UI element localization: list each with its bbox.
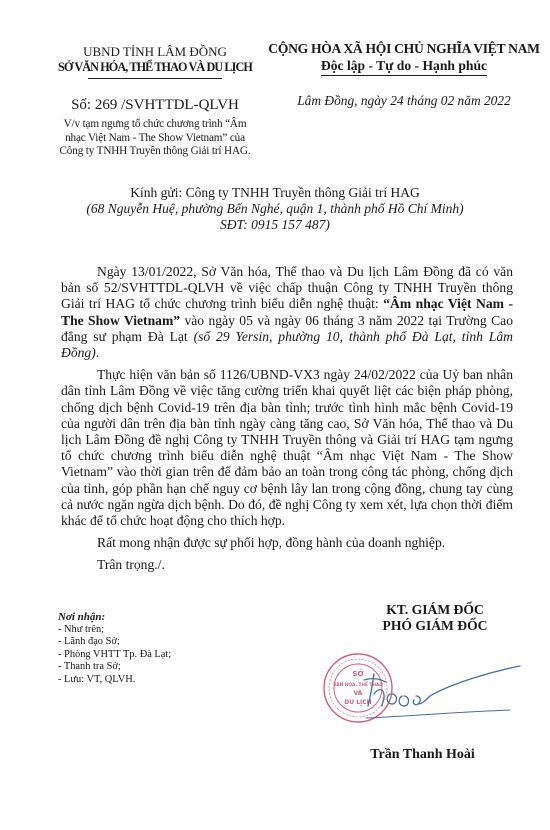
place-and-date: Lâm Đồng, ngày 24 tháng 02 năm 2022 [258, 92, 550, 109]
issuing-authority-block: UBND TỈNH LÂM ĐỒNG SỞ VĂN HÓA, THỂ THAO … [50, 44, 260, 79]
recipient-block: Kính gửi: Công ty TNHH Truyền thông Giải… [0, 185, 550, 233]
paragraph-4: Trân trọng./. [61, 557, 513, 573]
national-motto: Độc lập - Tự do - Hạnh phúc [258, 57, 550, 74]
handwritten-signature-icon [360, 660, 525, 730]
authority-name: UBND TỈNH LÂM ĐỒNG [50, 44, 260, 60]
paragraph-3: Rất mong nhận được sự phối hợp, đồng hàn… [61, 535, 513, 551]
paragraph-1: Ngày 13/01/2022, Sở Văn hóa, Thể thao và… [61, 264, 513, 361]
nation-name: CỘNG HÒA XÃ HỘI CHỦ NGHĨA VIỆT NAM [258, 40, 550, 57]
national-title-block: CỘNG HÒA XÃ HỘI CHỦ NGHĨA VIỆT NAM Độc l… [258, 40, 550, 76]
recipient-address: (68 Nguyễn Huệ, phường Bến Nghé, quận 1,… [0, 201, 550, 217]
paragraph-1-end: . [96, 345, 99, 360]
signature-title-2: PHÓ GIÁM ĐỐC [340, 618, 530, 634]
distribution-item: - Lưu: VT, QLVH. [58, 674, 258, 687]
document-number: Số: 269 /SVHTTDL-QLVH [50, 96, 260, 114]
recipient-phone: SĐT: 0915 157 487) [0, 217, 550, 233]
paragraph-2: Thực hiện văn bản số 1126/UBND-VX3 ngày … [61, 367, 513, 529]
document-subject: V/v tạm ngưng tổ chức chương trình “Âm n… [55, 118, 255, 159]
distribution-item: - Như trên; [58, 624, 258, 637]
header-left-underline [88, 78, 222, 79]
header-right-underline [321, 75, 487, 76]
distribution-item: - Lãnh đạo Sở; [58, 636, 258, 649]
distribution-title: Nơi nhận: [58, 611, 258, 624]
distribution-item: - Thanh tra Sở; [58, 661, 258, 674]
letter-body: Ngày 13/01/2022, Sở Văn hóa, Thể thao và… [61, 264, 513, 580]
distribution-list: Nơi nhận: - Như trên; - Lãnh đạo Sở; - P… [58, 611, 258, 687]
signature-title-block: KT. GIÁM ĐỐC PHÓ GIÁM ĐỐC [340, 602, 530, 634]
recipient-line: Kính gửi: Công ty TNHH Truyền thông Giải… [0, 185, 550, 201]
signer-name: Trần Thanh Hoài [360, 747, 485, 763]
department-name: SỞ VĂN HÓA, THỂ THAO VÀ DU LỊCH [50, 60, 260, 75]
distribution-item: - Phòng VHTT Tp. Đà Lạt; [58, 649, 258, 662]
signature-title-1: KT. GIÁM ĐỐC [340, 602, 530, 618]
